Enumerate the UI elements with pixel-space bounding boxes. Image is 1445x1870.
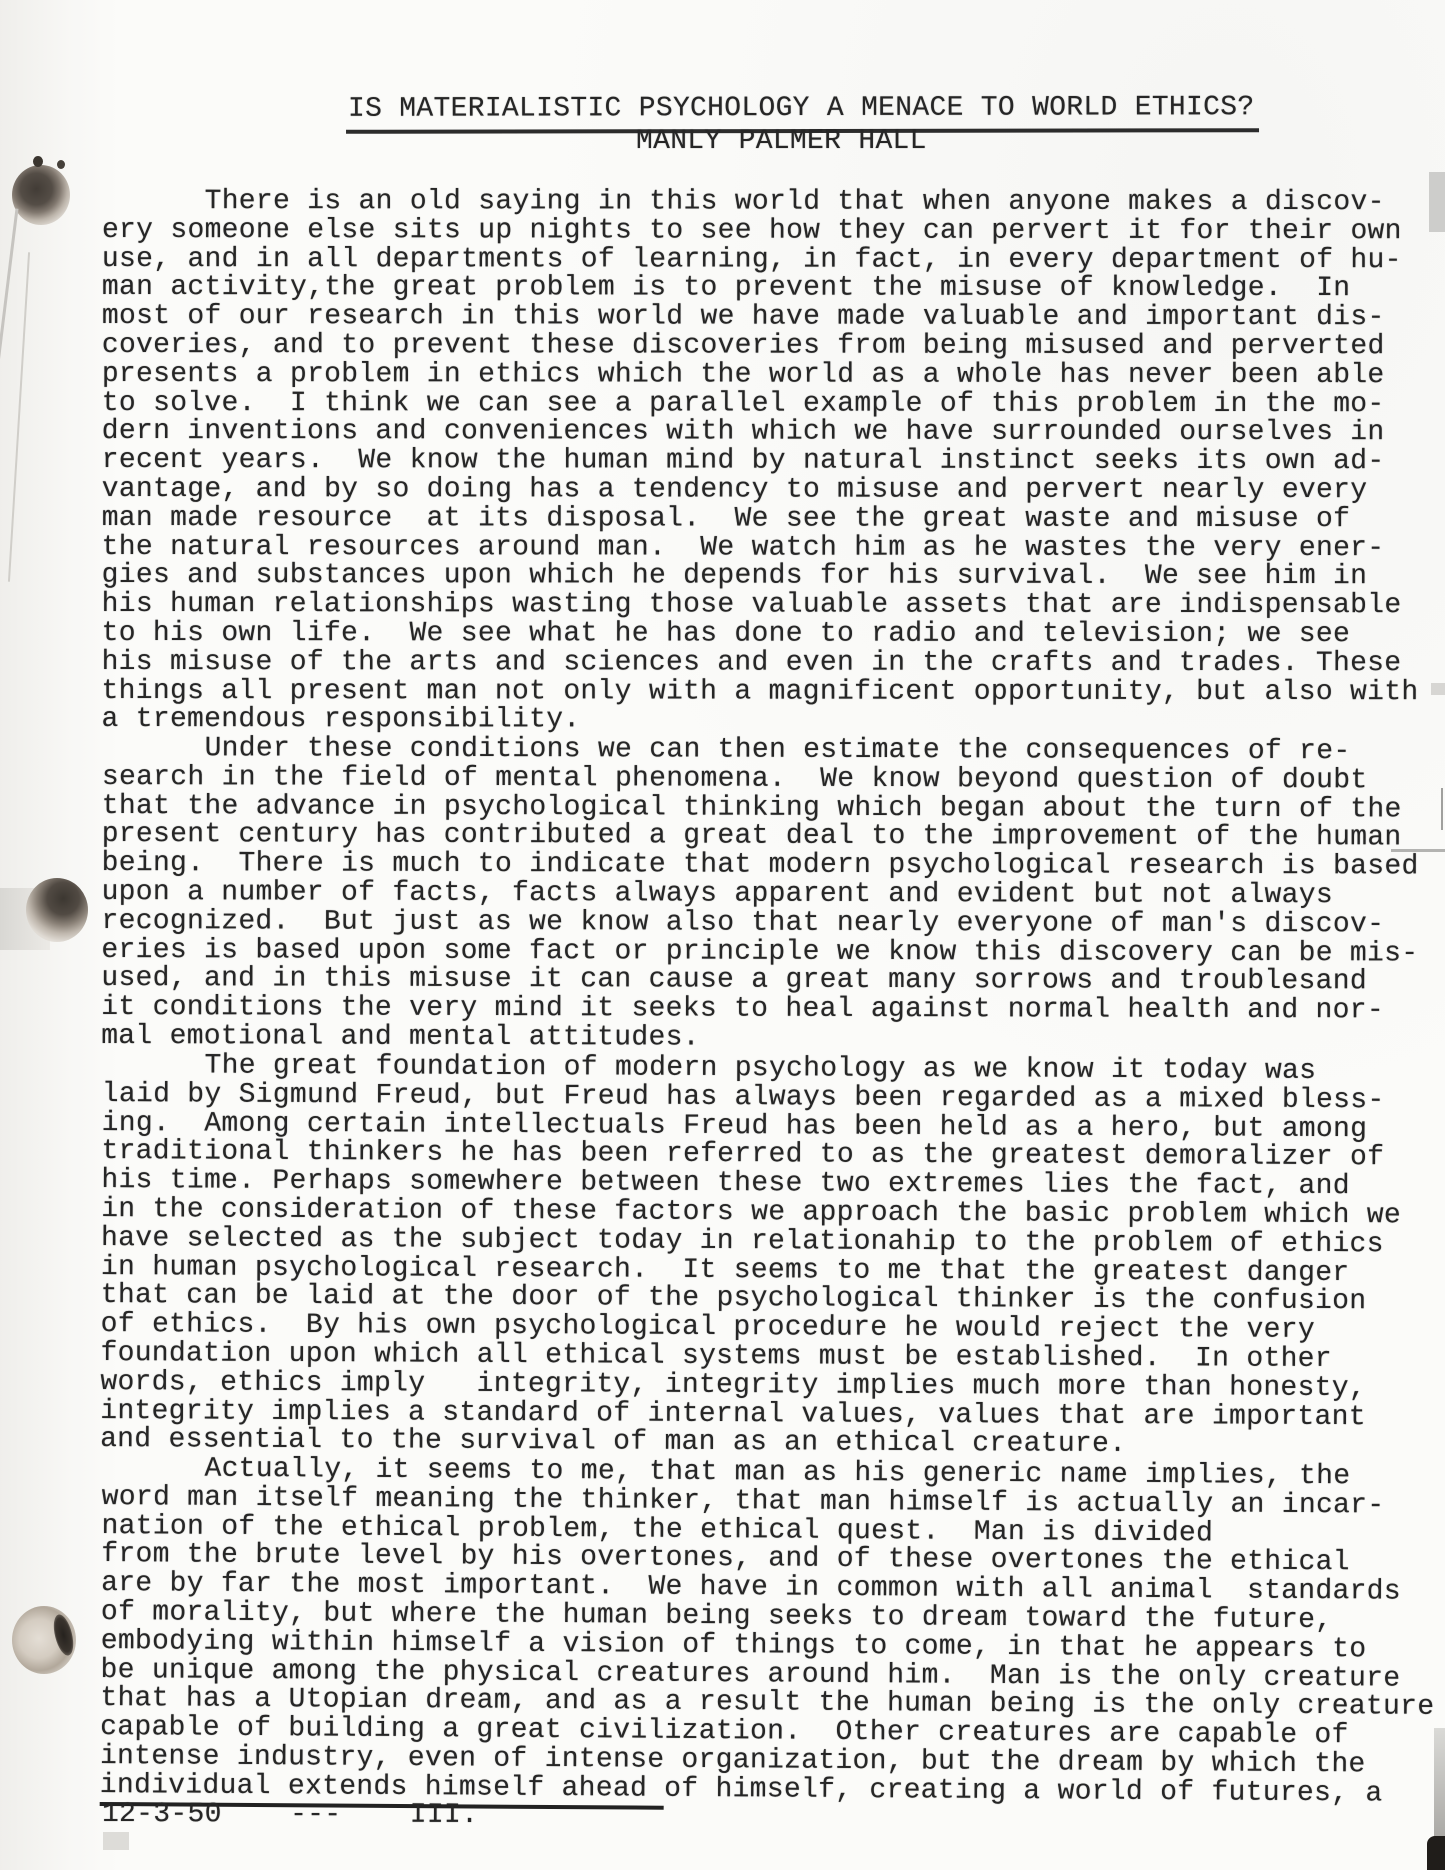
paragraph-3: The great foundation of modern psycholog…: [100, 1052, 1445, 1462]
document-body: There is an old saying in this world tha…: [102, 188, 1445, 1829]
paragraph-2: Under these conditions we can then estim…: [101, 735, 1445, 1055]
hole-punch-top-mark-b: [57, 160, 65, 169]
hole-punch-bottom: [12, 1606, 76, 1674]
hole-punch-top: [12, 165, 70, 225]
scan-smudge-footer: [103, 1832, 129, 1850]
paragraph-4: Actually, it seems to me, that man as hi…: [100, 1455, 1445, 1809]
scan-shadow-band-middle: [0, 888, 50, 950]
paper-crease-left-a: [0, 208, 18, 379]
hole-punch-top-mark-a: [33, 156, 43, 167]
hole-punch-bottom-shadow: [50, 1613, 77, 1658]
paragraph-1: There is an old saying in this world tha…: [102, 188, 1445, 736]
scanned-document: { "doc": { "title": "IS MATERIALISTIC PS…: [0, 0, 1445, 1870]
date-and-part-number: 12-3-50 --- III.: [102, 1801, 1445, 1833]
paper-crease-left-b: [8, 252, 30, 582]
scan-blob-bottom-right: [1427, 1836, 1445, 1870]
hole-punch-middle: [26, 878, 88, 942]
paragraph-4-main: Actually, it seems to me, that man as hi…: [100, 1453, 1435, 1780]
document-title-row: IS MATERIALISTIC PSYCHOLOGY A MENACE TO …: [312, 66, 1260, 133]
document-byline: MANLY PALMER HALL: [636, 128, 927, 157]
